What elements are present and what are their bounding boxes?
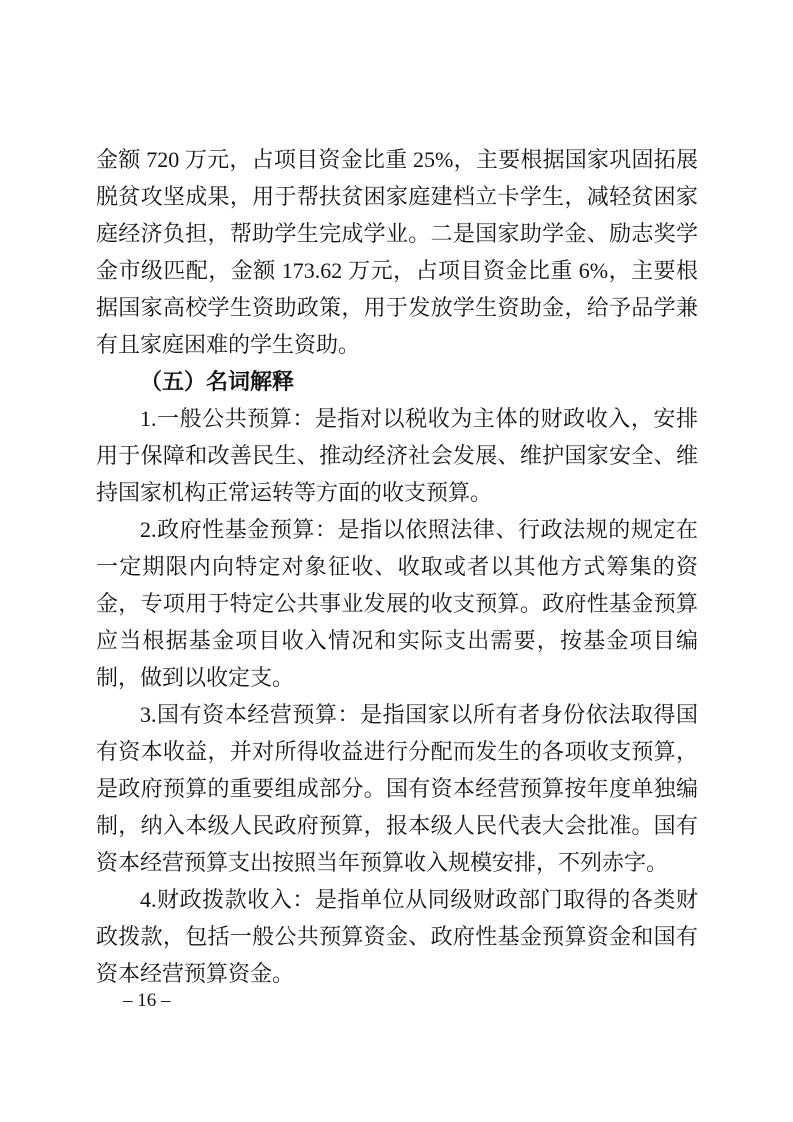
- definition-state-capital-operating-budget: 3.国有资本经营预算：是指国家以所有者身份依法取得国有资本收益，并对所得收益进行…: [96, 696, 698, 881]
- definition-government-fund-budget: 2.政府性基金预算：是指以依照法律、行政法规的规定在一定期限内向特定对象征收、收…: [96, 511, 698, 696]
- section-heading-glossary: （五）名词解释: [96, 363, 698, 400]
- page-number: – 16 –: [123, 990, 171, 1011]
- document-page: 金额 720 万元，占项目资金比重 25%，主要根据国家巩固拓展脱贫攻坚成果，用…: [0, 0, 793, 1122]
- definition-general-public-budget: 1.一般公共预算：是指对以税收为主体的财政收入，安排用于保障和改善民生、推动经济…: [96, 400, 698, 511]
- paragraph-student-aid-funds: 金额 720 万元，占项目资金比重 25%，主要根据国家巩固拓展脱贫攻坚成果，用…: [96, 141, 698, 363]
- definition-fiscal-appropriation-income: 4.财政拨款收入：是指单位从同级财政部门取得的各类财政拨款，包括一般公共预算资金…: [96, 881, 698, 992]
- page-footer: – 16 –: [123, 989, 171, 1013]
- document-content: 金额 720 万元，占项目资金比重 25%，主要根据国家巩固拓展脱贫攻坚成果，用…: [96, 141, 698, 992]
